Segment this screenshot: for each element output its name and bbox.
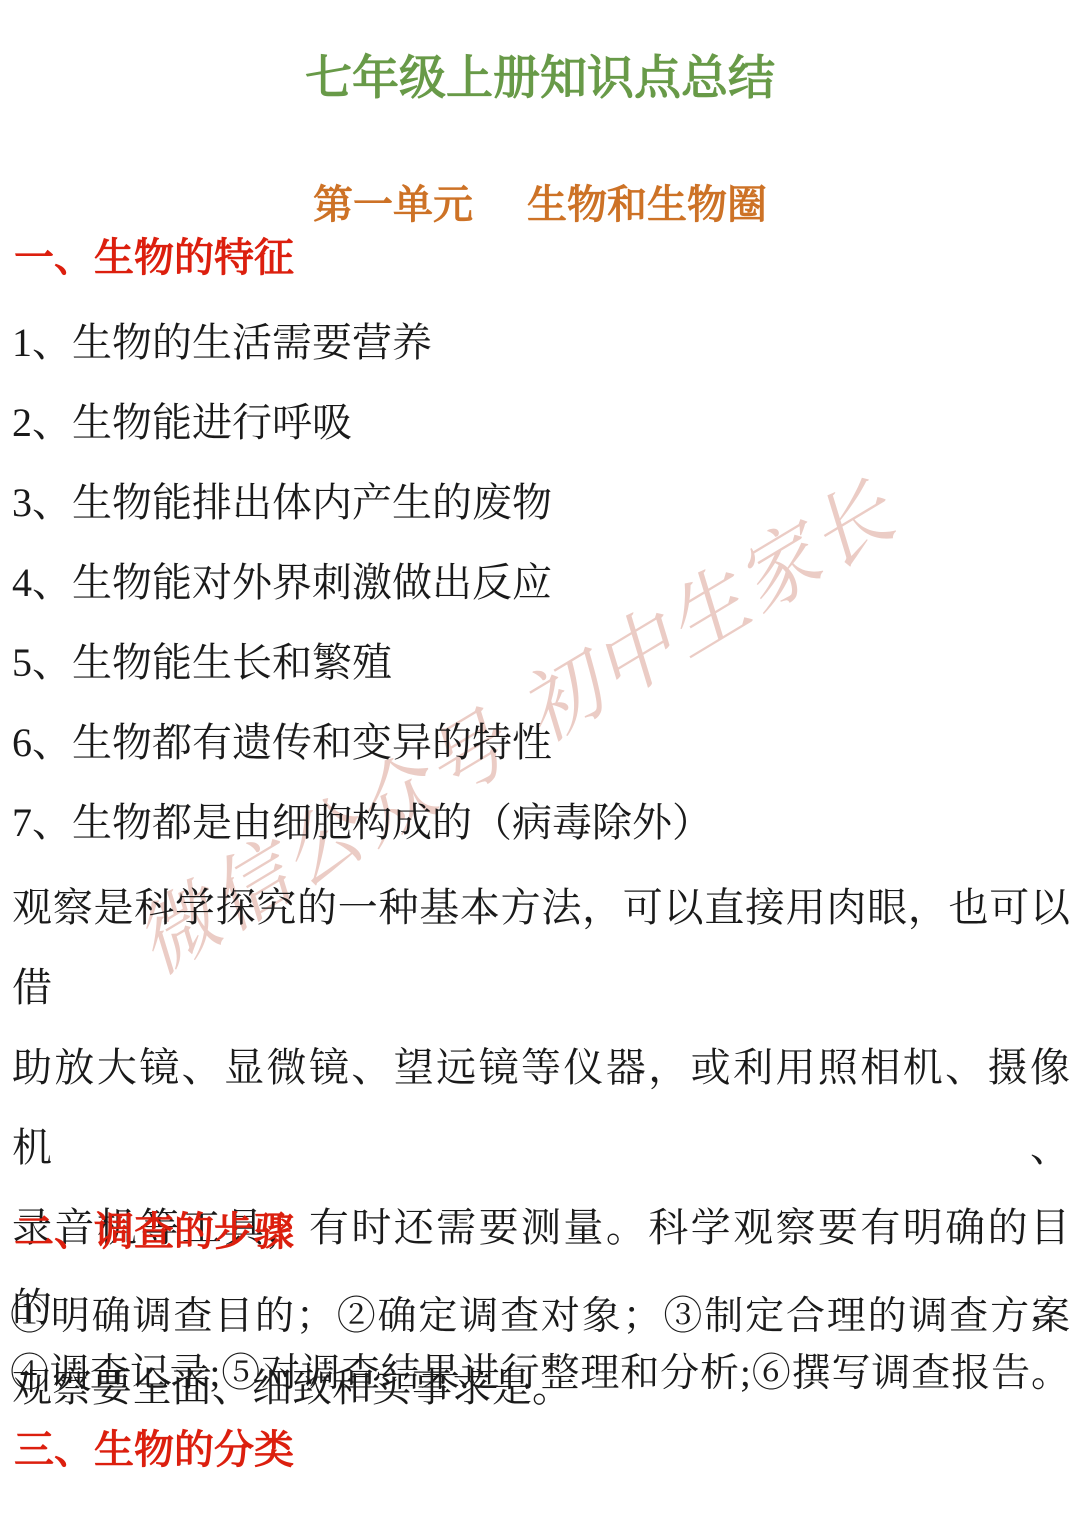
feature-item-5: 5、生物能生长和繁殖 xyxy=(12,623,1068,703)
feature-item-4: 4、生物能对外界刺激做出反应 xyxy=(12,543,1068,623)
survey-steps: ①明确调查目的；②确定调查对象；③制定合理的调查方案 ④调查记录;⑤对调查结果进… xyxy=(10,1288,1070,1402)
unit-heading: 第一单元 生物和生物圈 xyxy=(0,178,1080,232)
steps-line: ①明确调查目的；②确定调查对象；③制定合理的调查方案 xyxy=(10,1288,1070,1345)
feature-item-2: 2、生物能进行呼吸 xyxy=(12,383,1068,463)
feature-item-1: 1、生物的生活需要营养 xyxy=(12,303,1068,383)
paragraph-line: 观察是科学探究的一种基本方法，可以直接用肉眼，也可以借 xyxy=(12,868,1070,1028)
feature-list: 1、生物的生活需要营养 2、生物能进行呼吸 3、生物能排出体内产生的废物 4、生… xyxy=(12,303,1068,863)
feature-item-6: 6、生物都有遗传和变异的特性 xyxy=(12,703,1068,783)
feature-item-3: 3、生物能排出体内产生的废物 xyxy=(12,463,1068,543)
steps-line: ④调查记录;⑤对调查结果进行整理和分析;⑥撰写调查报告。 xyxy=(10,1345,1070,1402)
document-page: 微信公众号 初中生家长 七年级上册知识点总结 第一单元 生物和生物圈 一、生物的… xyxy=(0,0,1080,1528)
section-heading-survey: 二、调查的步骤 xyxy=(14,1208,294,1256)
section-heading-features: 一、生物的特征 xyxy=(14,234,294,282)
paragraph-line: 助放大镜、显微镜、望远镜等仪器，或利用照相机、摄像机、 xyxy=(12,1028,1070,1188)
section-heading-classification: 三、生物的分类 xyxy=(14,1426,294,1474)
feature-item-7: 7、生物都是由细胞构成的（病毒除外） xyxy=(12,783,1068,863)
page-title: 七年级上册知识点总结 xyxy=(0,50,1080,109)
